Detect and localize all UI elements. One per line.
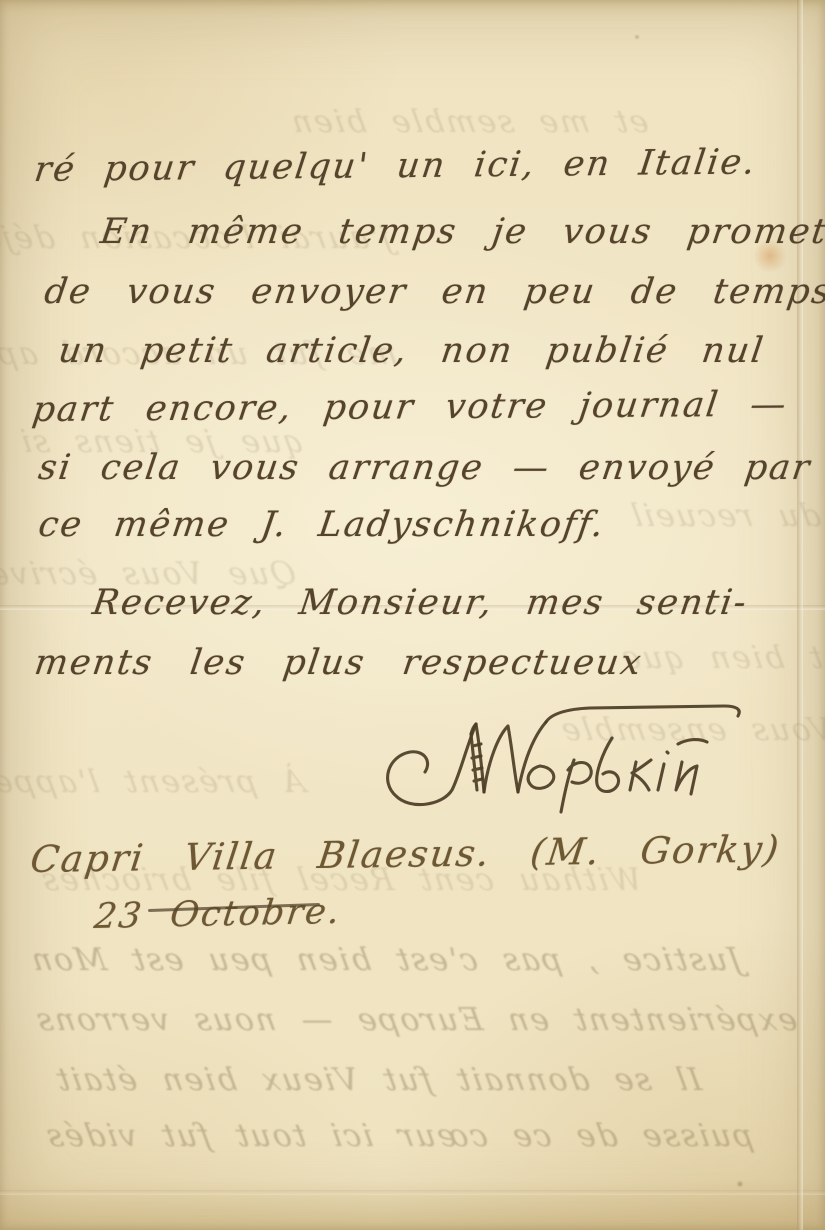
letter-line-5: part encore, pour votre journal —: [30, 385, 790, 430]
bleedthrough-fragment: et me semble bien: [287, 104, 651, 140]
bleedthrough-fragment: il faut bien que: [617, 640, 825, 676]
letter-line-7: ce même J. Ladyschnikoff.: [36, 505, 608, 545]
letter-line-4: un petit article, non publié nul: [56, 331, 767, 371]
right-fold-crease: [797, 0, 803, 1230]
letter-line-6: si cela vous arrange — envoyé par: [36, 448, 814, 488]
letter-line-8: Recevez, Monsieur, mes senti-: [90, 583, 750, 623]
letter-page: et me semble bien j'aurai l'occasion déj…: [0, 0, 825, 1230]
bleedthrough-fragment: du recueil: [627, 498, 824, 534]
place-line: Capri Villa Blaesus. (M. Gorky): [28, 828, 783, 881]
signature-text: М. Горькій: [0, 0, 1, 1]
bleedthrough-line: Justice , pas c'est bien peu est Mon: [27, 942, 745, 978]
horizontal-crease-bottom: [0, 1190, 825, 1195]
bleedthrough-line: expérientent en Europe — nous verrons: [32, 1002, 800, 1038]
letter-line-2: En même temps je vous promets: [98, 212, 825, 252]
bleedthrough-fragment: À présent l'appel: [0, 764, 308, 800]
signature: [358, 700, 798, 822]
letter-line-1: ré pour quelqu' un ici, en Italie.: [32, 142, 759, 190]
bleedthrough-line: Il se donnait fut Vieux bien était: [52, 1062, 704, 1098]
bleedthrough-line: puisse de ce cœur ici tout fut vidés: [42, 1118, 756, 1154]
letter-line-3: de vous envoyer en peu de temps: [42, 272, 825, 312]
date-line: 23 Octobre.: [92, 892, 344, 937]
letter-line-9: ments les plus respectueux: [32, 643, 645, 683]
